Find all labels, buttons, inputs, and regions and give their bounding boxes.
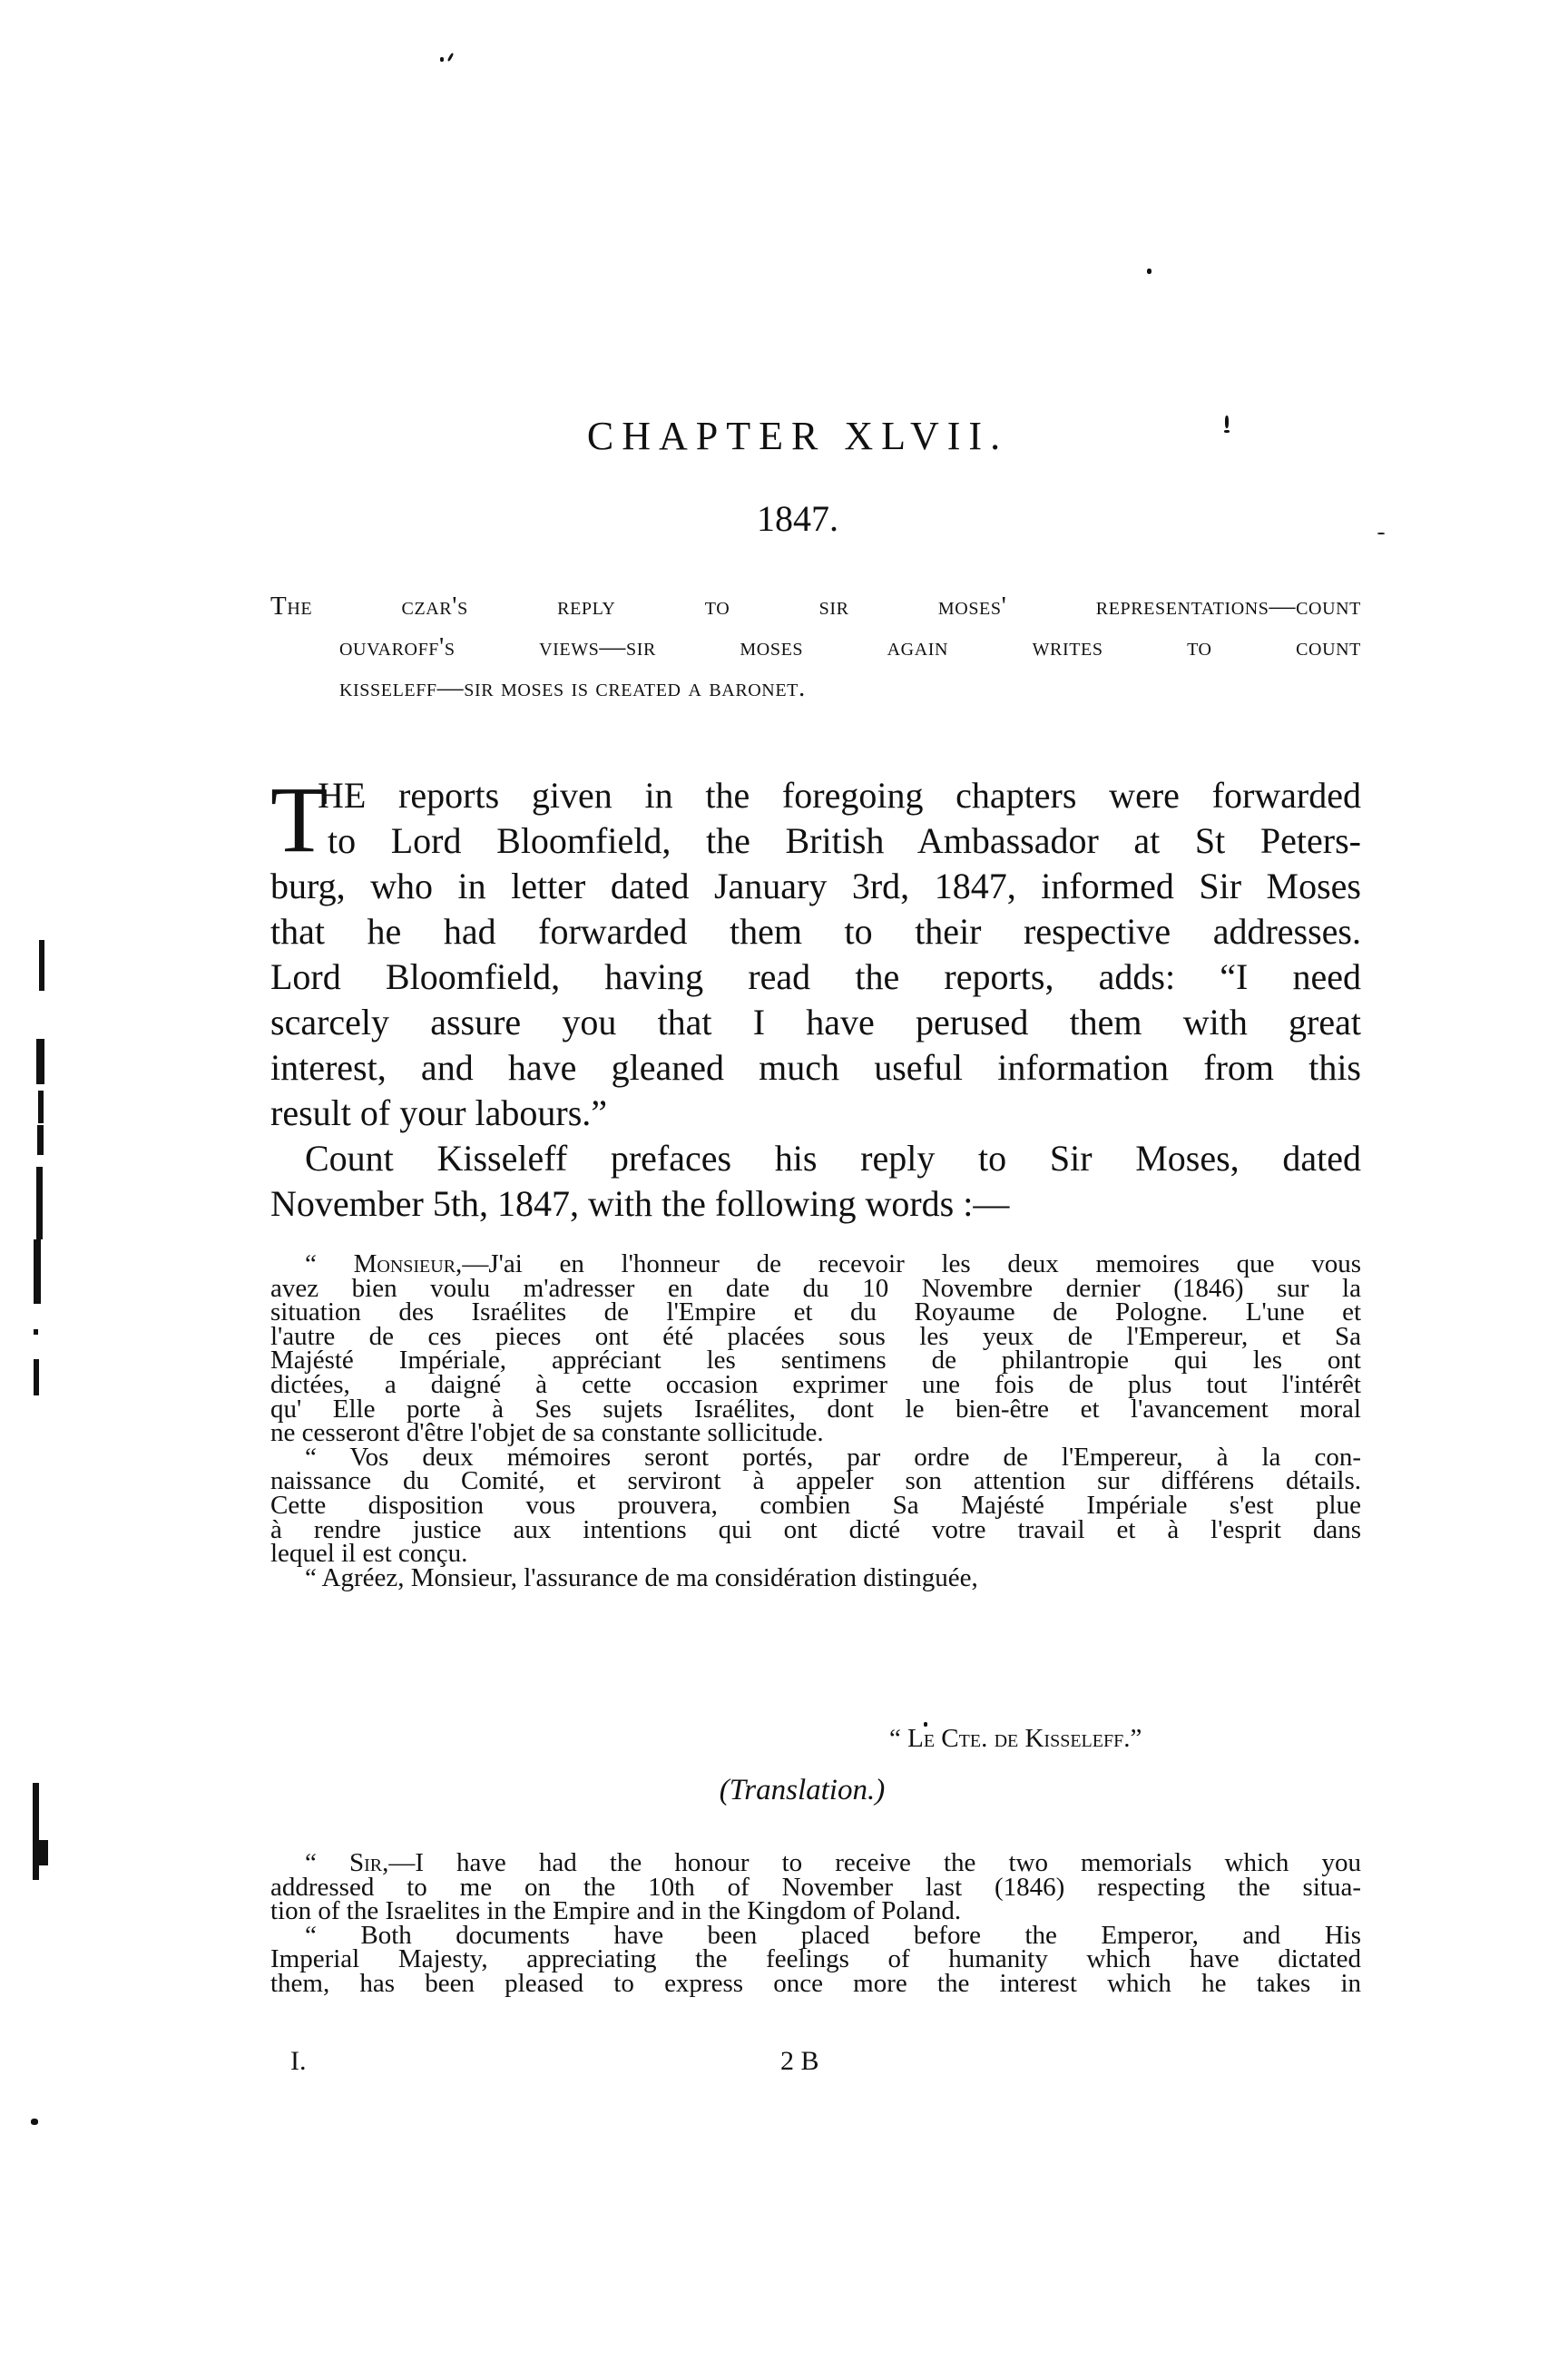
chapter-summary: The czar's reply to sir moses' represent… <box>270 586 1361 709</box>
english-translation: “ Sir,—I have had the honour to receive … <box>270 1851 1361 1996</box>
letter-line: dictées, a daigné à cette occasion expri… <box>270 1373 1361 1397</box>
translation-line: Imperial Majesty, appreciating the feeli… <box>270 1947 1361 1972</box>
margin-mark <box>34 1359 39 1395</box>
letter-line: à rendre justice aux intentions qui ont … <box>270 1518 1361 1542</box>
translation-heading: (Translation.) <box>0 1774 1568 1807</box>
margin-mark <box>37 1125 44 1155</box>
body-line: Count Kisseleff prefaces his reply to Si… <box>270 1136 1361 1181</box>
letter-line: “ Vos deux mémoires seront portés, par o… <box>270 1445 1361 1470</box>
volume-number: I. <box>290 2046 307 2077</box>
body-line: that he had forwarded them to their resp… <box>270 909 1361 954</box>
translation-line: them, has been pleased to express once m… <box>270 1972 1361 1996</box>
summary-line: kisseleff—sir moses is created a baronet… <box>270 668 1361 709</box>
letter-line: l'autre de ces pieces ont été placées so… <box>270 1325 1361 1349</box>
letter-line: ne cesseront d'être l'objet de sa consta… <box>270 1421 1361 1445</box>
body-line: Lord Bloomfield, having read the reports… <box>270 954 1361 1000</box>
margin-mark <box>34 1270 41 1304</box>
signature-mark: 2 B <box>780 2046 819 2077</box>
letter-line: situation des Israélites de l'Empire et … <box>270 1300 1361 1325</box>
chapter-year: 1847. <box>0 497 1568 540</box>
margin-mark <box>39 1840 48 1865</box>
scan-speck <box>447 53 455 62</box>
translation-line: “ Both documents have been placed before… <box>270 1924 1361 1948</box>
french-letter: “ Monsieur,—J'ai en l'honneur de recevoi… <box>270 1252 1361 1590</box>
translation-line: “ Sir,—I have had the honour to receive … <box>270 1851 1361 1875</box>
translation-line: addressed to me on the 10th of November … <box>270 1875 1361 1900</box>
letter-signature: “ Le Cte. de Kisseleff.” <box>889 1724 1142 1754</box>
scan-speck <box>31 2119 38 2125</box>
scan-speck <box>1147 269 1151 274</box>
body-line: result of your labours.” <box>270 1091 1361 1136</box>
body-paragraphs: HE reports given in the foregoing chapte… <box>270 773 1361 1227</box>
letter-line: “ Monsieur,—J'ai en l'honneur de recevoi… <box>270 1252 1361 1277</box>
margin-mark <box>38 1091 44 1123</box>
letter-line: Cette disposition vous prouvera, combien… <box>270 1493 1361 1518</box>
body-line: scarcely assure you that I have perused … <box>270 1000 1361 1045</box>
margin-mark <box>36 1167 43 1239</box>
letter-line: naissance du Comité, et serviront à appe… <box>270 1469 1361 1493</box>
chapter-title: CHAPTER XLVII. <box>0 413 1568 459</box>
body-line: to Lord Bloomfield, the British Ambassad… <box>270 818 1361 864</box>
summary-line: The czar's reply to sir moses' represent… <box>270 586 1361 627</box>
letter-line: Majésté Impériale, appréciant les sentim… <box>270 1348 1361 1373</box>
scan-speck <box>440 57 444 62</box>
margin-mark <box>39 940 44 991</box>
body-line: November 5th, 1847, with the following w… <box>270 1181 1361 1227</box>
body-line: HE reports given in the foregoing chapte… <box>270 773 1361 818</box>
summary-line: ouvaroff's views—sir moses again writes … <box>270 627 1361 668</box>
body-line: interest, and have gleaned much useful i… <box>270 1045 1361 1091</box>
letter-line: “ Agréez, Monsieur, l'assurance de ma co… <box>270 1566 1361 1591</box>
translation-line: tion of the Israelites in the Empire and… <box>270 1899 1361 1924</box>
body-line: burg, who in letter dated January 3rd, 1… <box>270 864 1361 909</box>
letter-line: qu' Elle porte à Ses sujets Israélites, … <box>270 1397 1361 1422</box>
margin-mark <box>36 1039 44 1084</box>
letter-line: lequel il est conçu. <box>270 1542 1361 1566</box>
letter-line: avez bien voulu m'adresser en date du 10… <box>270 1277 1361 1301</box>
margin-mark <box>34 1329 38 1335</box>
